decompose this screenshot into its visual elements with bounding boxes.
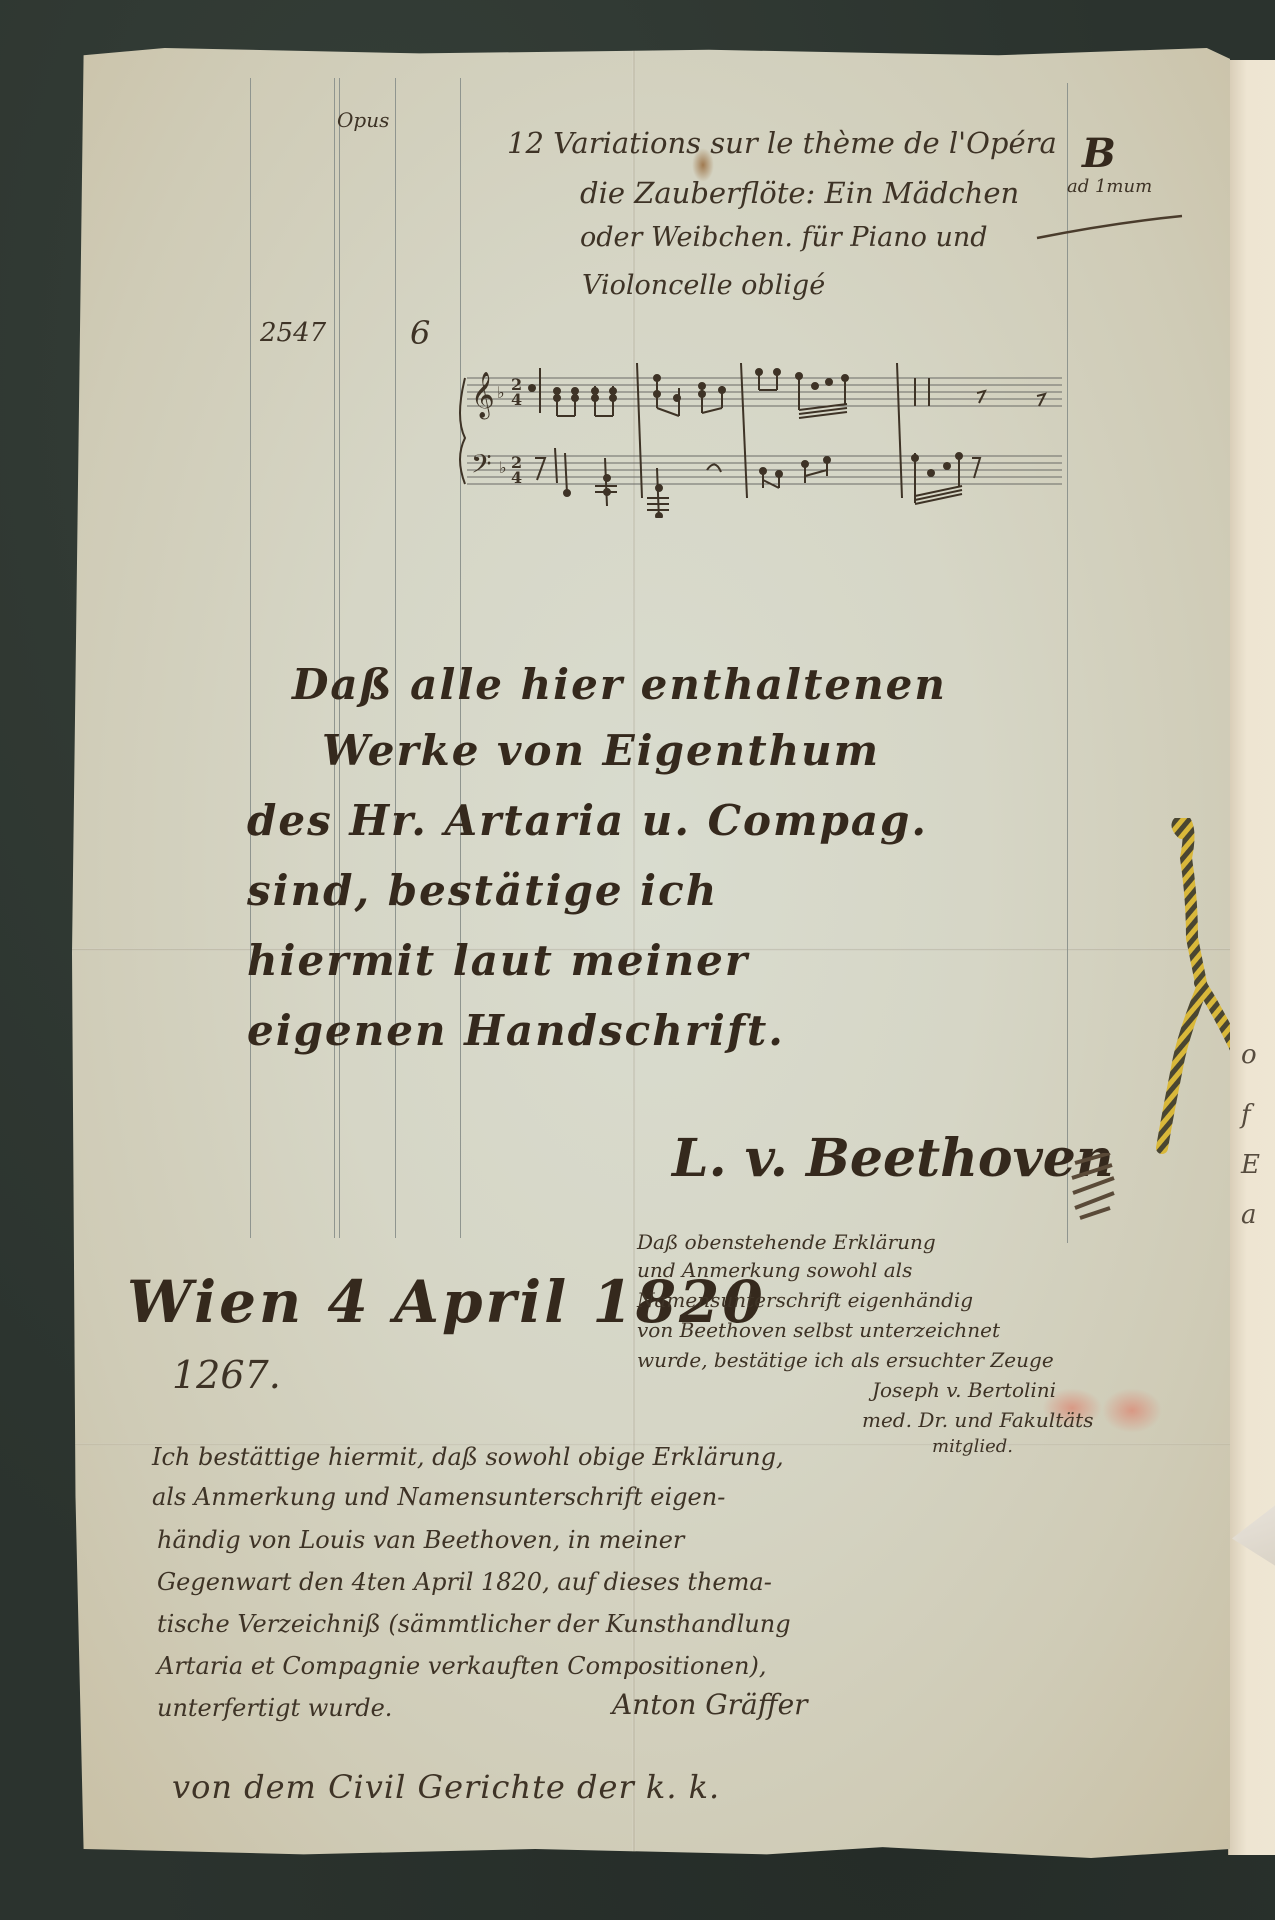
opus-number: 6 bbox=[410, 314, 430, 352]
svg-text:𝄢: 𝄢 bbox=[471, 448, 492, 486]
witness-note-line-3: Namensunterschrift eigenhändig bbox=[637, 1288, 973, 1312]
reference-number: 1267. bbox=[172, 1353, 281, 1397]
witness-note-line-4: von Beethoven selbst unterzeichnet bbox=[637, 1318, 1000, 1342]
notary-line-5: tische Verzeichniß (sämmtlicher der Kuns… bbox=[157, 1610, 791, 1638]
margin-underline bbox=[1032, 208, 1192, 248]
notary-line-1: Ich bestättige hiermit, daß sowohl obige… bbox=[152, 1443, 784, 1471]
svg-text:𝄞: 𝄞 bbox=[471, 372, 495, 420]
declaration-line-5: hiermit laut meiner bbox=[247, 936, 749, 985]
svg-text:♭: ♭ bbox=[497, 383, 505, 402]
witness-note-line-5: wurde, bestätige ich als ersuchter Zeuge bbox=[637, 1348, 1054, 1372]
catalog-number: 2547 bbox=[260, 318, 326, 348]
beethoven-signature: L. v. Beethoven bbox=[672, 1128, 1114, 1189]
binding-cord bbox=[1122, 818, 1242, 1338]
column-rule bbox=[339, 78, 340, 1238]
declaration-line-3: des Hr. Artaria u. Compag. bbox=[247, 796, 928, 845]
witness-note-line-1: Daß obenstehende Erklärung bbox=[637, 1230, 936, 1254]
column-rule bbox=[250, 78, 251, 1238]
column-header-opus: Opus bbox=[337, 108, 389, 132]
column-rule bbox=[334, 78, 335, 1238]
declaration-line-2: Werke von Eigenthum bbox=[322, 726, 880, 775]
adjacent-page-writing: E bbox=[1241, 1150, 1260, 1180]
witness-signature-line-2: med. Dr. und Fakultäts bbox=[862, 1408, 1093, 1432]
notary-signature: Anton Gräffer bbox=[612, 1688, 808, 1721]
adjacent-page-writing: o bbox=[1241, 1040, 1257, 1070]
witness-note-line-2: und Anmerkung sowohl als bbox=[637, 1258, 912, 1282]
margin-letter: B bbox=[1082, 130, 1116, 177]
witness-signature-line-3: mitglied. bbox=[932, 1436, 1013, 1457]
column-rule bbox=[460, 78, 461, 1238]
column-rule bbox=[395, 78, 396, 1238]
red-seal-mark bbox=[1102, 1388, 1162, 1433]
adjacent-page: o f E a bbox=[1228, 60, 1275, 1855]
margin-note: ad 1mum bbox=[1067, 176, 1152, 197]
svg-text:4: 4 bbox=[511, 390, 522, 409]
notary-line-3: händig von Louis van Beethoven, in meine… bbox=[157, 1526, 684, 1554]
notary-line-4: Gegenwart den 4ten April 1820, auf diese… bbox=[157, 1568, 772, 1596]
adjacent-page-writing: a bbox=[1241, 1200, 1257, 1230]
svg-text:♭: ♭ bbox=[499, 458, 507, 477]
witness-signature-line-1: Joseph v. Bertolini bbox=[872, 1378, 1056, 1402]
declaration-line-1: Daß alle hier enthaltenen bbox=[292, 660, 947, 709]
title-line-4: Violoncelle obligé bbox=[582, 270, 825, 301]
column-rule bbox=[1067, 83, 1068, 1243]
declaration-line-6: eigenen Handschrift. bbox=[247, 1006, 785, 1055]
svg-text:4: 4 bbox=[511, 468, 522, 487]
signature-flourish bbox=[1070, 1153, 1120, 1223]
adjacent-page-writing: f bbox=[1241, 1100, 1251, 1130]
notary-line-2: als Anmerkung und Namensunterschrift eig… bbox=[152, 1483, 725, 1511]
title-line-3: oder Weibchen. für Piano und bbox=[580, 222, 988, 253]
title-line-2: die Zauberflöte: Ein Mädchen bbox=[580, 176, 1019, 210]
notary-line-6: Artaria et Compagnie verkauften Composit… bbox=[157, 1652, 767, 1680]
closing-line: von dem Civil Gerichte der k. k. bbox=[172, 1768, 720, 1806]
music-incipit: 𝄞 𝄢 ♭ ♭ 2 4 2 4 bbox=[457, 358, 1067, 518]
notary-line-7: unterfertigt wurde. bbox=[157, 1694, 392, 1722]
manuscript-page: Opus 2547 6 12 Variations sur le thème d… bbox=[72, 48, 1230, 1858]
declaration-line-4: sind, bestätige ich bbox=[247, 866, 718, 915]
title-line-1: 12 Variations sur le thème de l'Opéra bbox=[507, 126, 1057, 160]
